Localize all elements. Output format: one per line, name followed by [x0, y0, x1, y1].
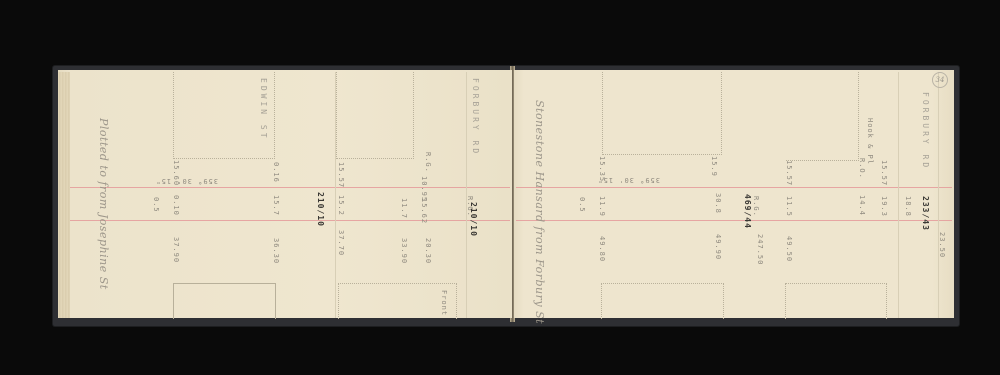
column-rule — [466, 72, 467, 318]
note: Hook & Pl — [866, 118, 874, 165]
red-rule-top-right — [516, 187, 952, 188]
column-rule — [938, 72, 939, 318]
measurement: 11.9 — [598, 196, 606, 217]
bearing-angle: 359° 30' 15" — [597, 176, 660, 184]
measurement: 15.2 — [337, 195, 345, 216]
station-label: 210/10 — [469, 202, 478, 237]
measurement: 15.57 — [337, 162, 345, 188]
measurement: 49.50 — [785, 236, 793, 262]
lot-box — [601, 283, 724, 319]
measurement: 49.80 — [598, 236, 606, 262]
plot-outline — [786, 72, 859, 161]
measurement: 0.10 — [172, 195, 180, 216]
measurement: 0.16 — [272, 162, 280, 183]
right-page — [514, 70, 954, 318]
margin-note: Plotted to from Josephine St — [97, 118, 110, 290]
measurement: 18.8 — [904, 196, 912, 217]
measurement: 11.7 — [400, 198, 408, 219]
measurement: 247.50 — [756, 234, 764, 265]
measurement: 15.57 — [785, 160, 793, 186]
station-label: 233/43 — [921, 196, 930, 231]
measurement: 14.4 — [858, 195, 866, 216]
measurement: 15.7 — [272, 195, 280, 216]
measurement: 11.5 — [785, 196, 793, 217]
measurement: 19.3 — [880, 196, 888, 217]
measurement: 49.90 — [714, 234, 722, 260]
lot-box — [785, 283, 887, 319]
page-edges — [58, 72, 70, 318]
left-page — [58, 70, 512, 318]
street-label: FORBURY RD — [471, 78, 480, 156]
measurement: R.O. — [858, 158, 866, 179]
column-rule — [898, 72, 899, 318]
measurement: R.G. — [752, 196, 760, 217]
red-rule-top-left — [70, 187, 510, 188]
plot-outline — [336, 72, 414, 159]
measurement: 37.70 — [337, 230, 345, 256]
measurement: 15.62 — [420, 198, 428, 224]
street-label: FORBURY RD — [921, 92, 930, 170]
box-note: Front — [440, 290, 448, 316]
measurement: 33.90 — [400, 238, 408, 264]
measurement: 37.90 — [172, 237, 180, 263]
red-rule-bottom-left — [70, 220, 510, 221]
measurement: 20.30 — [424, 238, 432, 264]
measurement: 36.30 — [272, 238, 280, 264]
station-label: 210/10 — [316, 192, 325, 227]
measurement: 0.5 — [578, 197, 586, 213]
measurement: 15.57 — [880, 160, 888, 186]
notebook-photo: Plotted to from Josephine St EDWIN ST FO… — [0, 0, 1000, 375]
measurement: 0.5 — [152, 197, 160, 213]
margin-note: Stonestone Hansard from Forbury St — [533, 100, 546, 324]
page-number: 34 — [932, 72, 948, 88]
measurement: 15.9 — [710, 156, 718, 177]
measurement: R.G. — [424, 152, 432, 173]
measurement: 30.8 — [714, 193, 722, 214]
red-rule-bottom-right — [516, 220, 952, 221]
street-label: EDWIN ST — [259, 78, 268, 141]
measurement: 23.50 — [938, 232, 946, 258]
lot-box — [173, 283, 276, 319]
station-label: 469/44 — [743, 194, 752, 229]
bearing-angle: 359° 30' 15" — [155, 177, 218, 185]
plot-outline — [602, 72, 722, 155]
